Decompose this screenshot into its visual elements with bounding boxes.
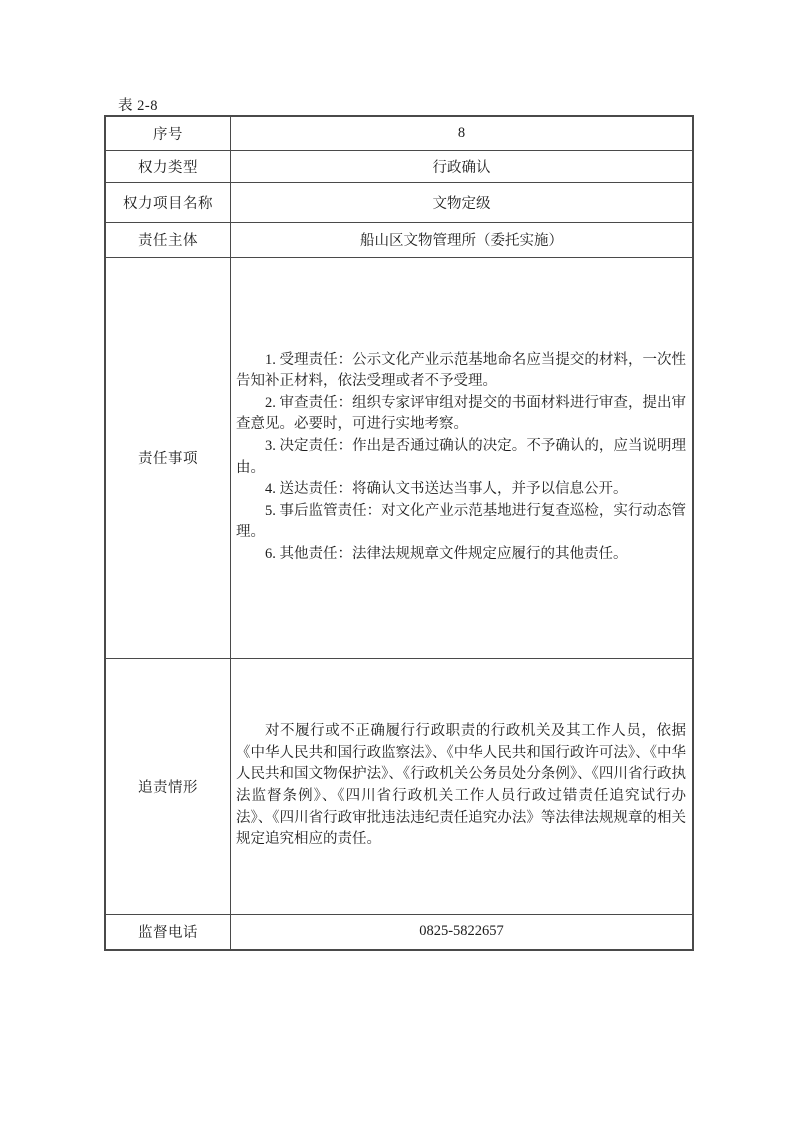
- duty-item: 2. 审查责任：组织专家评审组对提交的书面材料进行审查，提出审查意见。必要时，可…: [236, 393, 686, 436]
- duty-item: 1. 受理责任：公示文化产业示范基地命名应当提交的材料，一次性告知补正材料，依法…: [236, 350, 686, 393]
- table-row: 责任事项 1. 受理责任：公示文化产业示范基地命名应当提交的材料，一次性告知补正…: [105, 257, 693, 658]
- row-label-serial-number: 序号: [105, 116, 231, 150]
- serial-number-value: 8: [231, 116, 694, 150]
- table-row: 责任主体 船山区文物管理所（委托实施）: [105, 222, 693, 257]
- table-row: 权力项目名称 文物定级: [105, 182, 693, 222]
- power-item-name-value: 文物定级: [231, 182, 694, 222]
- duty-item: 3. 决定责任：作出是否通过确认的决定。不予确认的，应当说明理由。: [236, 436, 686, 479]
- row-label-power-item-name: 权力项目名称: [105, 182, 231, 222]
- accountability-cell: 对不履行或不正确履行行政职责的行政机关及其工作人员，依据《中华人民共和国行政监察…: [231, 658, 694, 914]
- accountability-paragraph: 对不履行或不正确履行行政职责的行政机关及其工作人员，依据《中华人民共和国行政监察…: [236, 721, 686, 851]
- duty-item: 6. 其他责任：法律法规规章文件规定应履行的其他责任。: [236, 544, 686, 566]
- duty-items-cell: 1. 受理责任：公示文化产业示范基地命名应当提交的材料，一次性告知补正材料，依法…: [231, 257, 694, 658]
- duty-item: 5. 事后监管责任：对文化产业示范基地进行复查巡检，实行动态管理。: [236, 501, 686, 544]
- document-page: 表 2-8 序号 8 权力类型 行政确认 权力项目名称 文物定级 责任主体 船山…: [0, 0, 793, 1122]
- responsibility-table: 序号 8 权力类型 行政确认 权力项目名称 文物定级 责任主体 船山区文物管理所…: [104, 115, 694, 951]
- duty-item: 4. 送达责任：将确认文书送达当事人，并予以信息公开。: [236, 479, 686, 501]
- supervision-phone-value: 0825-5822657: [231, 914, 694, 950]
- table-caption: 表 2-8: [118, 94, 158, 115]
- responsible-entity-value: 船山区文物管理所（委托实施）: [231, 222, 694, 257]
- table-row: 权力类型 行政确认: [105, 150, 693, 182]
- row-label-supervision-phone: 监督电话: [105, 914, 231, 950]
- table-row: 追责情形 对不履行或不正确履行行政职责的行政机关及其工作人员，依据《中华人民共和…: [105, 658, 693, 914]
- table-row: 监督电话 0825-5822657: [105, 914, 693, 950]
- row-label-responsible-entity: 责任主体: [105, 222, 231, 257]
- power-type-value: 行政确认: [231, 150, 694, 182]
- row-label-accountability: 追责情形: [105, 658, 231, 914]
- row-label-power-type: 权力类型: [105, 150, 231, 182]
- table-row: 序号 8: [105, 116, 693, 150]
- row-label-duty-items: 责任事项: [105, 257, 231, 658]
